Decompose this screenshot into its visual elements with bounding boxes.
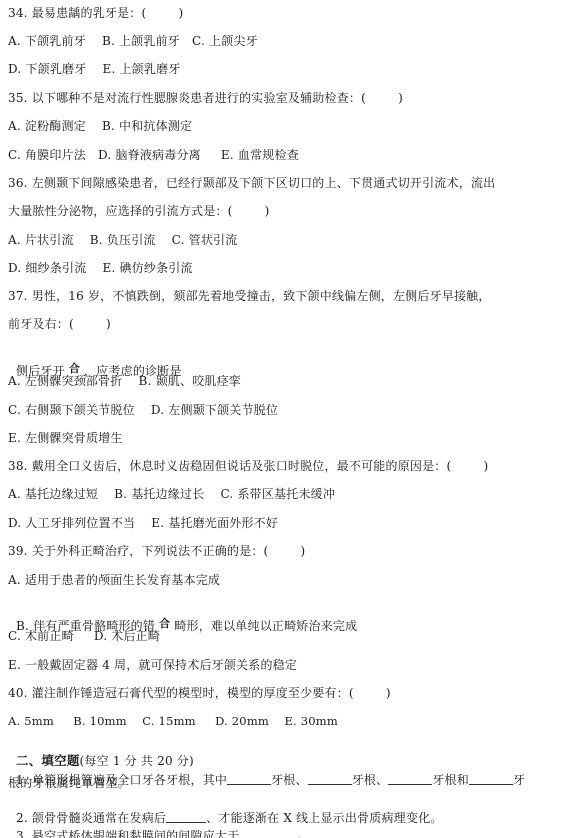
blank-text: 牙	[513, 773, 525, 787]
question-36-options-abc: A. 片状引流 B. 负压引流 C. 管状引流	[8, 232, 237, 248]
question-35-options-ab: A. 淀粉酶测定 B. 中和抗体测定	[8, 118, 192, 134]
blank-text: 牙根和	[432, 773, 469, 787]
answer-blank[interactable]	[469, 772, 513, 785]
question-36-stem-line1: 36. 左侧颞下间隙感染患者，已经行颞部及下颌下区切口的上、下贯通式切开引流术，…	[8, 175, 495, 191]
question-34-stem: 34. 最易患龋的乳牙是：( )	[8, 5, 183, 21]
question-38-options-de: D. 人工牙排列位置不当 E. 基托磨光面外形不好	[8, 515, 278, 531]
question-36-stem-line2: 大量脓性分泌物，应选择的引流方式是：( )	[8, 203, 269, 219]
occlusion-glyph-icon: 合	[159, 616, 170, 632]
fill-blank-1-line2: 根的牙根属纯单管型。	[8, 775, 130, 791]
question-37-options-ab: A. 左侧髁突颈部骨折 B. 颞肌、咬肌痉挛	[8, 373, 241, 389]
question-40-stem: 40. 灌注制作锤造冠石膏代型的模型时，模型的厚度至少要有：( )	[8, 685, 391, 701]
question-37-options-cd: C. 右侧颞下颌关节脱位 D. 左侧颞下颌关节脱位	[8, 402, 278, 418]
question-39-stem: 39. 关于外科正畸治疗，下列说法不正确的是：( )	[8, 543, 305, 559]
question-38-options-abc: A. 基托边缘过短 B. 基托边缘过长 C. 系带区基托未缓冲	[8, 486, 335, 502]
blank-text: 。	[297, 829, 309, 838]
blank-text: 3. 悬空式桥体龈端和黏膜间的间隙应大于	[16, 829, 239, 838]
question-37-stem-line2: 前牙及右：( )	[8, 316, 111, 332]
question-39-option-a: A. 适用于患者的颅面生长发育基本完成	[8, 572, 220, 588]
answer-blank[interactable]	[239, 828, 297, 838]
question-40-options: A. 5mm B. 10mm C. 15mm D. 20mm E. 30mm	[8, 713, 338, 729]
answer-blank[interactable]	[388, 772, 432, 785]
question-35-stem: 35. 以下哪种不是对流行性腮腺炎患者进行的实验室及辅助检查：( )	[8, 90, 403, 106]
blank-text: 牙根、	[271, 773, 308, 787]
question-34-options-ab-c: A. 下颌乳前牙 B. 上颌乳前牙 C. 上颌尖牙	[8, 33, 258, 49]
question-37-option-e: E. 左侧髁突骨质增生	[8, 430, 123, 446]
question-39-option-e: E. 一般戴固定器 4 周，就可保持术后牙颌关系的稳定	[8, 657, 297, 673]
answer-blank[interactable]	[227, 772, 271, 785]
question-34-options-de: D. 下颌乳磨牙 E. 上颌乳磨牙	[8, 61, 180, 77]
question-37-stem-line1: 37. 男性，16 岁，不慎跌倒，颏部先着地受撞击，致下颌中线偏左侧，左侧后牙早…	[8, 288, 491, 304]
fill-blank-3: 3. 悬空式桥体龈端和黏膜间的间隙应大于。	[8, 812, 310, 838]
question-39-options-cd: C. 术前正畸 D. 术后正畸	[8, 628, 160, 644]
answer-blank[interactable]	[308, 772, 352, 785]
blank-text: 牙根、	[352, 773, 389, 787]
question-36-options-de: D. 细纱条引流 E. 碘仿纱条引流	[8, 260, 193, 276]
question-38-stem: 38. 戴用全口义齿后，休息时义齿稳固但说话及张口时脱位，最不可能的原因是：( …	[8, 458, 488, 474]
question-35-options-cde: C. 角膜印片法 D. 脑脊液病毒分离 E. 血常规检查	[8, 147, 299, 163]
option-text: 畸形，难以单纯以正畸矫治来完成	[174, 619, 357, 633]
